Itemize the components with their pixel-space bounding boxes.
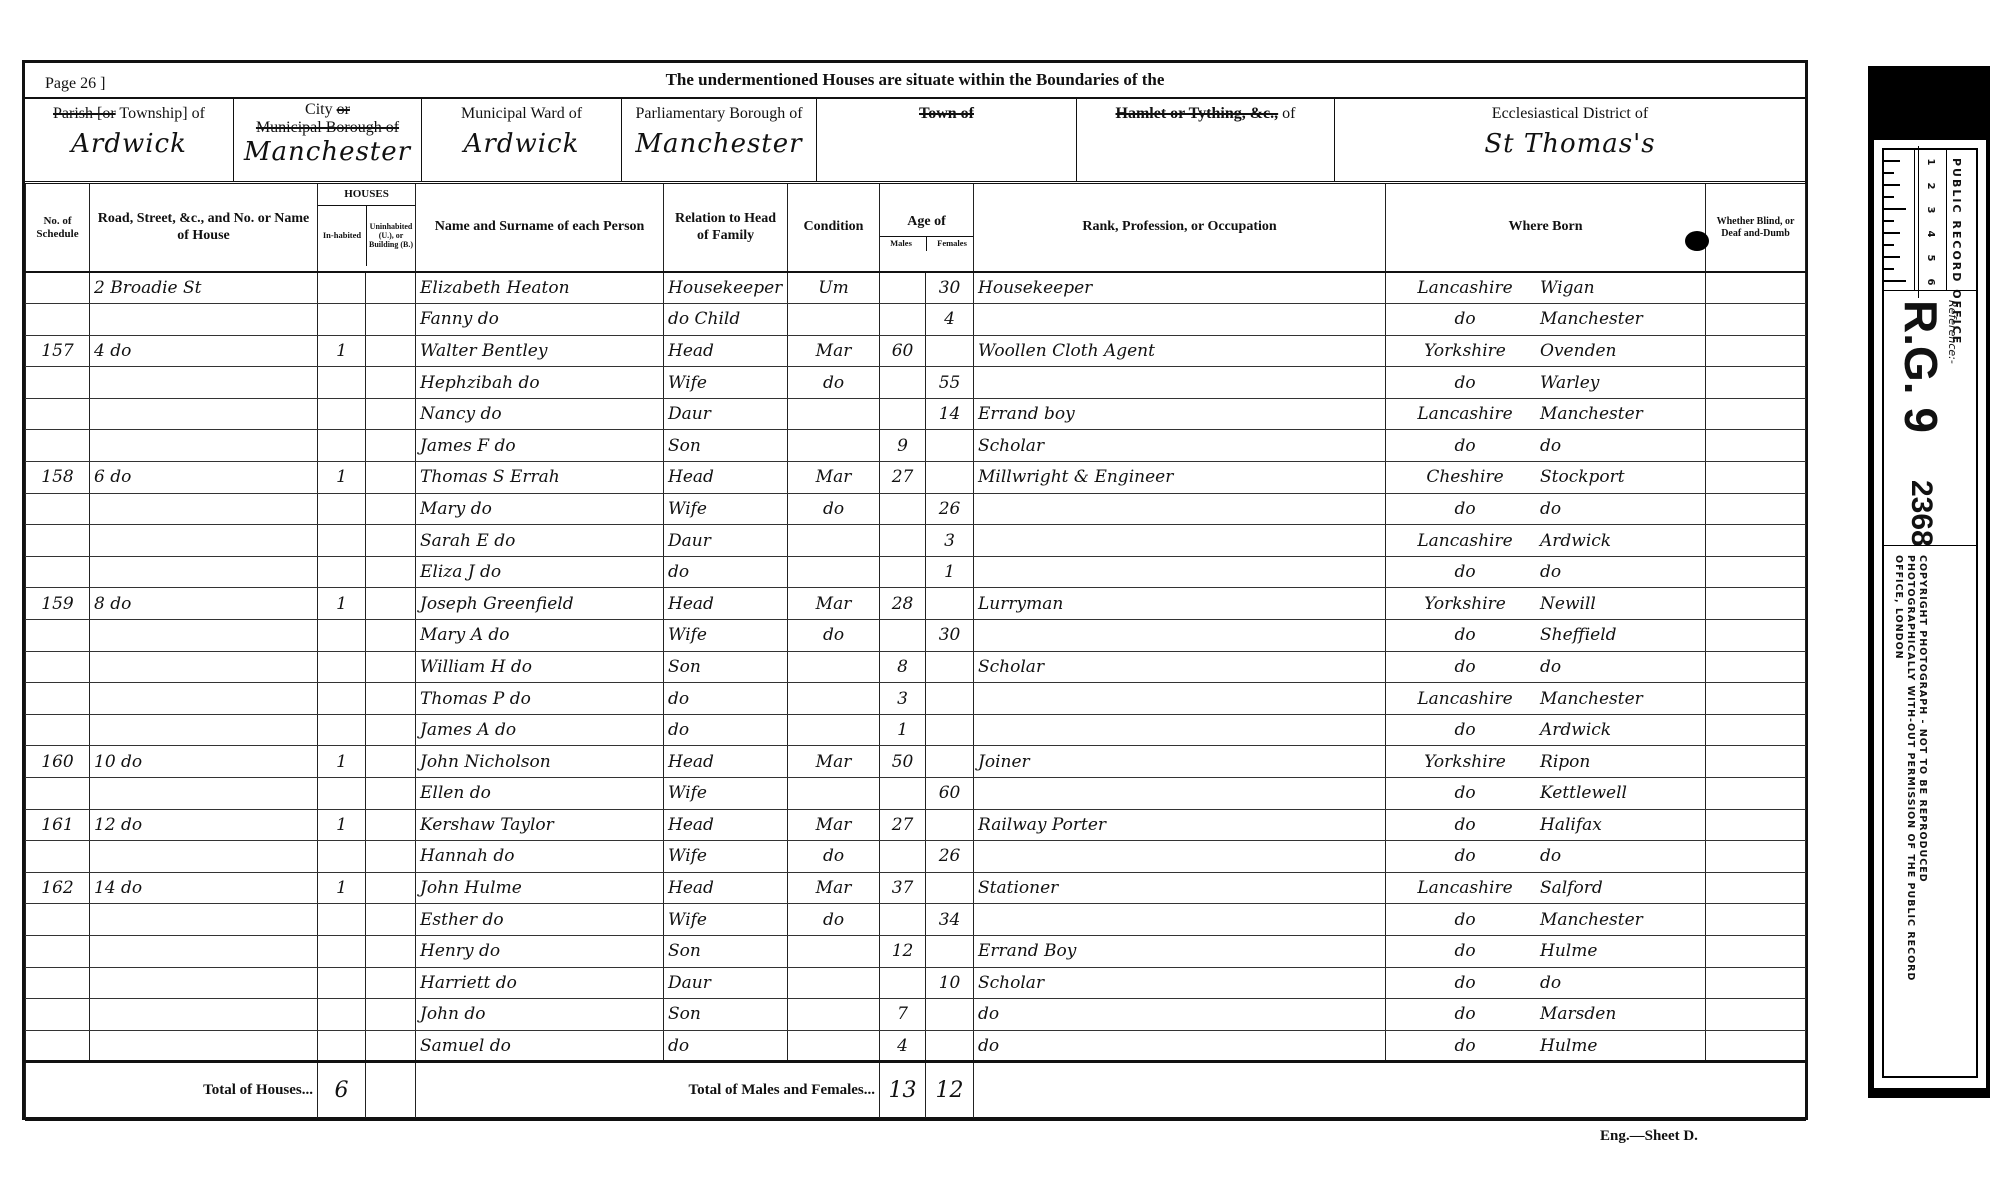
marital-condition	[788, 525, 880, 557]
inhabited-count	[318, 714, 366, 746]
person-name: Ellen do	[416, 778, 664, 810]
inhabited-count: 1	[318, 809, 366, 841]
person-name: Mary A do	[416, 620, 664, 652]
blind-deaf	[1706, 935, 1806, 967]
uninhabited	[366, 588, 416, 620]
census-row: Sarah E doDaur3LancashireArdwick	[26, 525, 1806, 557]
person-name: Esther do	[416, 904, 664, 936]
birth-place: Sheffield	[1540, 625, 1617, 645]
female-age	[926, 809, 974, 841]
marital-condition: Um	[788, 272, 880, 304]
blind-deaf	[1706, 493, 1806, 525]
male-age: 4	[880, 1030, 926, 1062]
relation-to-head: Wife	[664, 367, 788, 399]
birth-county: Lancashire	[1390, 404, 1540, 424]
road-address	[90, 935, 318, 967]
person-name: Samuel do	[416, 1030, 664, 1062]
inhabited-count	[318, 493, 366, 525]
person-name: John do	[416, 999, 664, 1031]
male-age	[880, 778, 926, 810]
road-address: 14 do	[90, 872, 318, 904]
male-age	[880, 367, 926, 399]
road-address	[90, 999, 318, 1031]
male-age: 27	[880, 462, 926, 494]
occupation: Railway Porter	[974, 809, 1386, 841]
relation-to-head: Wife	[664, 620, 788, 652]
relation-to-head: Head	[664, 872, 788, 904]
district-value: St Thomas's	[1335, 129, 1805, 159]
occupation: Millwright & Engineer	[974, 462, 1386, 494]
col-condition: Condition	[788, 184, 880, 272]
marital-condition	[788, 935, 880, 967]
blind-deaf	[1706, 367, 1806, 399]
occupation: Scholar	[974, 430, 1386, 462]
where-born: doHalifax	[1386, 809, 1706, 841]
census-sheet: The undermentioned Houses are situate wi…	[20, 60, 1810, 1130]
schedule-no	[26, 430, 90, 462]
road-address	[90, 967, 318, 999]
occupation	[974, 367, 1386, 399]
occupation	[974, 493, 1386, 525]
female-age: 14	[926, 398, 974, 430]
relation-to-head: do	[664, 1030, 788, 1062]
birth-place: do	[1540, 846, 1561, 866]
road-address	[90, 841, 318, 873]
birth-place: Halifax	[1540, 815, 1602, 835]
female-age: 30	[926, 272, 974, 304]
blind-deaf	[1706, 462, 1806, 494]
uninhabited	[366, 714, 416, 746]
road-address	[90, 304, 318, 336]
person-name: John Nicholson	[416, 746, 664, 778]
col-males: Males	[880, 237, 927, 251]
totals-row: Total of Houses... 6 Total of Males and …	[26, 1062, 1806, 1120]
where-born: doArdwick	[1386, 714, 1706, 746]
relation-to-head: Daur	[664, 967, 788, 999]
schedule-no	[26, 272, 90, 304]
birth-county: Lancashire	[1390, 689, 1540, 709]
birth-county: do	[1390, 910, 1540, 930]
birth-place: Ovenden	[1540, 341, 1616, 361]
person-name: Walter Bentley	[416, 335, 664, 367]
relation-to-head: Son	[664, 430, 788, 462]
uninhabited	[366, 651, 416, 683]
schedule-no	[26, 904, 90, 936]
road-address	[90, 556, 318, 588]
where-born: CheshireStockport	[1386, 462, 1706, 494]
schedule-no	[26, 304, 90, 336]
birth-county: Yorkshire	[1390, 752, 1540, 772]
census-form-frame: The undermentioned Houses are situate wi…	[22, 60, 1808, 1120]
census-row: William H doSon8Scholardodo	[26, 651, 1806, 683]
total-houses-value: 6	[318, 1062, 366, 1120]
birth-place: Ripon	[1540, 752, 1590, 772]
birth-place: Ardwick	[1540, 720, 1611, 740]
road-address	[90, 525, 318, 557]
road-address: 2 Broadie St	[90, 272, 318, 304]
marital-condition	[788, 714, 880, 746]
relation-to-head: Son	[664, 999, 788, 1031]
town-field: Town of	[817, 99, 1077, 181]
uninhabited	[366, 967, 416, 999]
uninhabited	[366, 935, 416, 967]
marital-condition: do	[788, 620, 880, 652]
person-name: Joseph Greenfield	[416, 588, 664, 620]
inhabited-count	[318, 651, 366, 683]
where-born: doMarsden	[1386, 999, 1706, 1031]
birth-place: do	[1540, 657, 1561, 677]
marital-condition: do	[788, 493, 880, 525]
marital-condition: Mar	[788, 335, 880, 367]
where-born: YorkshireRipon	[1386, 746, 1706, 778]
where-born: LancashireManchester	[1386, 398, 1706, 430]
where-born: LancashireManchester	[1386, 683, 1706, 715]
page-number: Page 26 ]	[45, 75, 105, 93]
occupation	[974, 525, 1386, 557]
person-name: William H do	[416, 651, 664, 683]
boundaries-banner: The undermentioned Houses are situate wi…	[25, 63, 1805, 97]
inhabited-count	[318, 778, 366, 810]
census-row: James F doSon9Scholardodo	[26, 430, 1806, 462]
relation-to-head: Daur	[664, 525, 788, 557]
birth-county: do	[1390, 973, 1540, 993]
female-age	[926, 746, 974, 778]
person-name: Fanny do	[416, 304, 664, 336]
census-row: John doSon7dodoMarsden	[26, 999, 1806, 1031]
ink-blot	[1685, 231, 1709, 251]
schedule-no	[26, 841, 90, 873]
blind-deaf	[1706, 714, 1806, 746]
schedule-no	[26, 1030, 90, 1062]
inhabited-count	[318, 683, 366, 715]
sheet-footer: Eng.—Sheet D.	[1600, 1128, 1698, 1145]
male-age	[880, 967, 926, 999]
parliamentary-borough-field: Parliamentary Borough of Manchester	[622, 99, 817, 181]
uninhabited	[366, 462, 416, 494]
marital-condition: Mar	[788, 746, 880, 778]
birth-place: do	[1540, 499, 1561, 519]
census-row: 16214 do1John HulmeHeadMar37StationerLan…	[26, 872, 1806, 904]
road-address	[90, 430, 318, 462]
schedule-no	[26, 367, 90, 399]
birth-place: Wigan	[1540, 278, 1595, 298]
schedule-no: 161	[26, 809, 90, 841]
col-uninhabited: Uninhabited (U.), or Building (B.)	[367, 206, 415, 266]
schedule-no: 159	[26, 588, 90, 620]
relation-to-head: Wife	[664, 841, 788, 873]
inhabited-count: 1	[318, 588, 366, 620]
occupation: Scholar	[974, 651, 1386, 683]
relation-to-head: Head	[664, 809, 788, 841]
schedule-no	[26, 525, 90, 557]
blind-deaf	[1706, 588, 1806, 620]
occupation: do	[974, 999, 1386, 1031]
occupation	[974, 683, 1386, 715]
uninhabited	[366, 746, 416, 778]
road-address	[90, 1030, 318, 1062]
blind-deaf	[1706, 430, 1806, 462]
uninhabited	[366, 398, 416, 430]
birth-place: Hulme	[1540, 1036, 1597, 1056]
uninhabited	[366, 620, 416, 652]
inhabited-count	[318, 1030, 366, 1062]
schedule-no: 160	[26, 746, 90, 778]
person-name: Sarah E do	[416, 525, 664, 557]
marital-condition	[788, 778, 880, 810]
occupation: Housekeeper	[974, 272, 1386, 304]
birth-county: do	[1390, 815, 1540, 835]
marital-condition: do	[788, 841, 880, 873]
male-age: 12	[880, 935, 926, 967]
schedule-no	[26, 999, 90, 1031]
occupation: Woollen Cloth Agent	[974, 335, 1386, 367]
birth-county: do	[1390, 625, 1540, 645]
relation-to-head: do Child	[664, 304, 788, 336]
female-age	[926, 1030, 974, 1062]
occupation: do	[974, 1030, 1386, 1062]
relation-to-head: do	[664, 714, 788, 746]
female-age	[926, 714, 974, 746]
marital-condition	[788, 556, 880, 588]
occupation: Lurryman	[974, 588, 1386, 620]
female-age	[926, 872, 974, 904]
male-age: 9	[880, 430, 926, 462]
marital-condition: Mar	[788, 462, 880, 494]
inhabited-count	[318, 904, 366, 936]
marital-condition	[788, 651, 880, 683]
female-age: 26	[926, 841, 974, 873]
birth-county: do	[1390, 373, 1540, 393]
census-row: 1586 do1Thomas S ErrahHeadMar27Millwrigh…	[26, 462, 1806, 494]
where-born: dodo	[1386, 841, 1706, 873]
schedule-no	[26, 556, 90, 588]
uninhabited	[366, 1030, 416, 1062]
male-age: 3	[880, 683, 926, 715]
col-females: Females	[926, 237, 974, 251]
schedule-no	[26, 778, 90, 810]
birth-county: Yorkshire	[1390, 594, 1540, 614]
col-name: Name and Surname of each Person	[416, 184, 664, 272]
schedule-no	[26, 714, 90, 746]
uninhabited	[366, 525, 416, 557]
blind-deaf	[1706, 556, 1806, 588]
schedule-no: 157	[26, 335, 90, 367]
female-age: 60	[926, 778, 974, 810]
census-row: Eliza J dodo1dodo	[26, 556, 1806, 588]
person-name: Thomas S Errah	[416, 462, 664, 494]
uninhabited	[366, 430, 416, 462]
uninhabited	[366, 272, 416, 304]
uninhabited	[366, 809, 416, 841]
where-born: doWarley	[1386, 367, 1706, 399]
road-address	[90, 493, 318, 525]
male-age: 1	[880, 714, 926, 746]
uninhabited	[366, 999, 416, 1031]
birth-place: Warley	[1540, 373, 1599, 393]
census-table: No. of Schedule Road, Street, &c., and N…	[25, 184, 1806, 1121]
road-address: 12 do	[90, 809, 318, 841]
where-born: dodo	[1386, 967, 1706, 999]
relation-to-head: Son	[664, 935, 788, 967]
blind-deaf	[1706, 683, 1806, 715]
female-age: 26	[926, 493, 974, 525]
occupation: Joiner	[974, 746, 1386, 778]
blind-deaf	[1706, 904, 1806, 936]
birth-county: do	[1390, 309, 1540, 329]
blind-deaf	[1706, 335, 1806, 367]
occupation	[974, 556, 1386, 588]
relation-to-head: Housekeeper	[664, 272, 788, 304]
where-born: doManchester	[1386, 904, 1706, 936]
total-houses-label: Total of Houses...	[26, 1062, 318, 1120]
uninhabited	[366, 778, 416, 810]
relation-to-head: Wife	[664, 778, 788, 810]
birth-county: Lancashire	[1390, 531, 1540, 551]
male-age	[880, 841, 926, 873]
marital-condition: Mar	[788, 809, 880, 841]
birth-county: Cheshire	[1390, 467, 1540, 487]
road-address	[90, 651, 318, 683]
birth-county: do	[1390, 1036, 1540, 1056]
census-row: Ellen doWife60doKettlewell	[26, 778, 1806, 810]
female-age	[926, 935, 974, 967]
inhabited-count	[318, 620, 366, 652]
uninhabited	[366, 556, 416, 588]
relation-to-head: Head	[664, 335, 788, 367]
where-born: doKettlewell	[1386, 778, 1706, 810]
blind-deaf	[1706, 304, 1806, 336]
birth-county: do	[1390, 783, 1540, 803]
female-age: 55	[926, 367, 974, 399]
ecclesiastical-district-field: Ecclesiastical District of St Thomas's	[1335, 99, 1805, 181]
occupation	[974, 714, 1386, 746]
inhabited-count	[318, 525, 366, 557]
where-born: LancashireWigan	[1386, 272, 1706, 304]
uninhabited	[366, 872, 416, 904]
occupation	[974, 841, 1386, 873]
birth-place: Manchester	[1540, 689, 1643, 709]
where-born: doManchester	[1386, 304, 1706, 336]
col-road: Road, Street, &c., and No. or Name of Ho…	[90, 184, 318, 272]
place-header-row: Parish [or Township] of Ardwick City orM…	[25, 99, 1805, 184]
township-value: Ardwick	[25, 129, 233, 159]
person-name: Kershaw Taylor	[416, 809, 664, 841]
road-address	[90, 398, 318, 430]
uninhabited	[366, 304, 416, 336]
marital-condition	[788, 430, 880, 462]
census-row: Esther doWifedo34doManchester	[26, 904, 1806, 936]
borough-value: Manchester	[622, 129, 816, 159]
marital-condition	[788, 398, 880, 430]
uninhabited	[366, 904, 416, 936]
blind-deaf	[1706, 809, 1806, 841]
schedule-no	[26, 683, 90, 715]
col-relation: Relation to Head of Family	[664, 184, 788, 272]
road-address	[90, 904, 318, 936]
schedule-no	[26, 398, 90, 430]
male-age	[880, 556, 926, 588]
male-age	[880, 620, 926, 652]
schedule-no	[26, 620, 90, 652]
road-address	[90, 714, 318, 746]
occupation: Errand boy	[974, 398, 1386, 430]
relation-to-head: Wife	[664, 493, 788, 525]
marital-condition: Mar	[788, 588, 880, 620]
inhabited-count	[318, 272, 366, 304]
census-row: Henry doSon12Errand BoydoHulme	[26, 935, 1806, 967]
schedule-no	[26, 651, 90, 683]
birth-place: Ardwick	[1540, 531, 1611, 551]
male-age: 27	[880, 809, 926, 841]
relation-to-head: Wife	[664, 904, 788, 936]
birth-place: Manchester	[1540, 309, 1643, 329]
person-name: Eliza J do	[416, 556, 664, 588]
where-born: dodo	[1386, 651, 1706, 683]
person-name: Hephzibah do	[416, 367, 664, 399]
blind-deaf	[1706, 841, 1806, 873]
col-blind-deaf: Whether Blind, or Deaf and-Dumb	[1706, 184, 1806, 272]
person-name: Harriett do	[416, 967, 664, 999]
occupation: Scholar	[974, 967, 1386, 999]
male-age: 8	[880, 651, 926, 683]
occupation	[974, 304, 1386, 336]
male-age: 28	[880, 588, 926, 620]
birth-place: do	[1540, 973, 1561, 993]
schedule-no: 158	[26, 462, 90, 494]
female-age	[926, 462, 974, 494]
road-address: 8 do	[90, 588, 318, 620]
township-field: Parish [or Township] of Ardwick	[25, 99, 234, 181]
inhabited-count: 1	[318, 872, 366, 904]
female-age: 3	[926, 525, 974, 557]
uninhabited	[366, 335, 416, 367]
schedule-no	[26, 493, 90, 525]
birth-county: do	[1390, 846, 1540, 866]
person-name: Hannah do	[416, 841, 664, 873]
inhabited-count: 1	[318, 462, 366, 494]
female-age: 34	[926, 904, 974, 936]
marital-condition: do	[788, 367, 880, 399]
occupation	[974, 778, 1386, 810]
census-row: Hephzibah doWifedo55doWarley	[26, 367, 1806, 399]
male-age	[880, 904, 926, 936]
census-row: 2 Broadie StElizabeth HeatonHousekeeperU…	[26, 272, 1806, 304]
marital-condition	[788, 967, 880, 999]
birth-place: do	[1540, 436, 1561, 456]
road-address	[90, 778, 318, 810]
class-code: R.G. 9	[1894, 300, 1948, 433]
birth-county: Yorkshire	[1390, 341, 1540, 361]
col-schedule: No. of Schedule	[26, 184, 90, 272]
schedule-no	[26, 967, 90, 999]
marital-condition	[788, 999, 880, 1031]
male-age: 60	[880, 335, 926, 367]
census-row: 1598 do1Joseph GreenfieldHeadMar28Lurrym…	[26, 588, 1806, 620]
male-age: 7	[880, 999, 926, 1031]
person-name: James F do	[416, 430, 664, 462]
census-row: James A dodo1doArdwick	[26, 714, 1806, 746]
ruler	[1884, 150, 1915, 290]
female-age	[926, 651, 974, 683]
female-age	[926, 430, 974, 462]
inhabited-count	[318, 430, 366, 462]
inhabited-count	[318, 935, 366, 967]
road-address	[90, 620, 318, 652]
census-row: Samuel dodo4dodoHulme	[26, 1030, 1806, 1062]
ward-value: Ardwick	[422, 129, 621, 159]
copyright-notice: COPYRIGHT PHOTOGRAPH - NOT TO BE REPRODU…	[1892, 555, 1928, 995]
birth-place: Kettlewell	[1540, 783, 1627, 803]
